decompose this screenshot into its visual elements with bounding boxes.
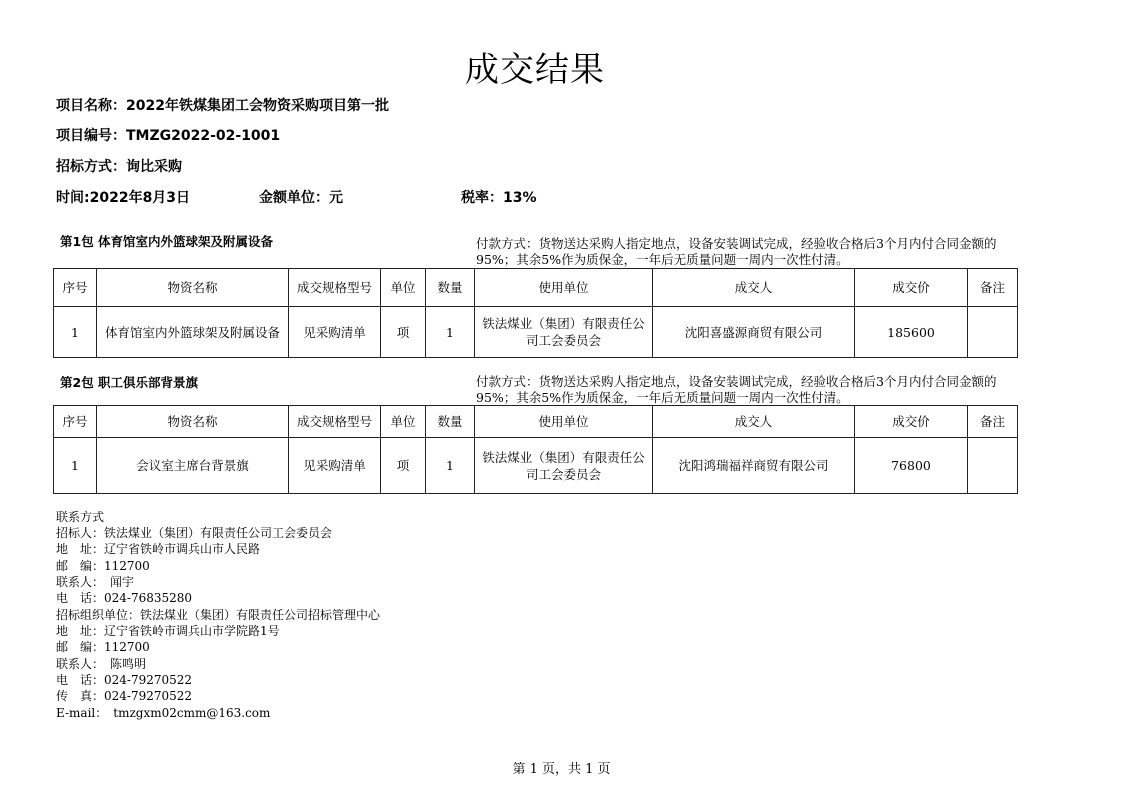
header-spec: 成交规格型号 <box>289 406 381 438</box>
table-header-row: 序号 物资名称 成交规格型号 单位 数量 使用单位 成交人 成交价 备注 <box>54 406 1018 438</box>
header-price: 成交价 <box>855 406 968 438</box>
header-name: 物资名称 <box>97 406 289 438</box>
table-row: 1 会议室主席台背景旗 见采购清单 项 1 铁法煤业（集团）有限责任公司工会委员… <box>54 438 1018 494</box>
contact-line: 电 话：024-76835280 <box>56 590 192 606</box>
contact-line: 邮 编：112700 <box>56 639 150 655</box>
header-unit: 单位 <box>381 406 426 438</box>
contact-email: E-mail： tmzgxm02cmm@163.com <box>56 705 270 721</box>
cell-user: 铁法煤业（集团）有限责任公司工会委员会 <box>475 438 653 494</box>
package-2-title: 第2包 职工俱乐部背景旗 <box>60 374 198 392</box>
contact-line: 招标组织单位：铁法煤业（集团）有限责任公司招标管理中心 <box>56 607 380 623</box>
page-title: 成交结果 <box>0 48 1070 92</box>
contact-heading: 联系方式 <box>56 509 104 525</box>
contact-line: 地 址：辽宁省铁岭市调兵山市人民路 <box>56 541 260 557</box>
project-number: 项目编号：TMZG2022-02-1001 <box>56 126 280 146</box>
cell-unit: 项 <box>381 307 426 358</box>
cell-winner: 沈阳鸿瑞福祥商贸有限公司 <box>653 438 855 494</box>
header-price: 成交价 <box>855 269 968 307</box>
package-1-payment-terms: 付款方式：货物送达采购人指定地点，设备安装调试完成，经验收合格后3个月内付合同金… <box>476 236 1021 268</box>
contact-line: 联系人： 陈鸣明 <box>56 656 146 672</box>
project-name: 项目名称：2022年铁煤集团工会物资采购项目第一批 <box>56 96 389 116</box>
package-1-title: 第1包 体育馆室内外篮球架及附属设备 <box>60 233 273 251</box>
cell-spec: 见采购清单 <box>289 438 381 494</box>
header-winner: 成交人 <box>653 406 855 438</box>
cell-spec: 见采购清单 <box>289 307 381 358</box>
cell-price: 76800 <box>855 438 968 494</box>
tax-rate: 税率：13% <box>461 188 537 208</box>
date: 时间:2022年8月3日 <box>56 188 190 208</box>
cell-unit: 项 <box>381 438 426 494</box>
header-qty: 数量 <box>426 406 475 438</box>
cell-qty: 1 <box>426 307 475 358</box>
header-spec: 成交规格型号 <box>289 269 381 307</box>
header-unit: 单位 <box>381 269 426 307</box>
header-remark: 备注 <box>968 269 1018 307</box>
header-user: 使用单位 <box>475 269 653 307</box>
table-row: 1 体育馆室内外篮球架及附属设备 见采购清单 项 1 铁法煤业（集团）有限责任公… <box>54 307 1018 358</box>
cell-price: 185600 <box>855 307 968 358</box>
cell-no: 1 <box>54 438 97 494</box>
header-remark: 备注 <box>968 406 1018 438</box>
header-no: 序号 <box>54 269 97 307</box>
cell-qty: 1 <box>426 438 475 494</box>
contact-line: 传 真：024-79270522 <box>56 688 192 704</box>
contact-line: 电 话：024-79270522 <box>56 672 192 688</box>
header-no: 序号 <box>54 406 97 438</box>
cell-no: 1 <box>54 307 97 358</box>
contact-line: 招标人：铁法煤业（集团）有限责任公司工会委员会 <box>56 525 332 541</box>
cell-remark <box>968 307 1018 358</box>
header-winner: 成交人 <box>653 269 855 307</box>
header-qty: 数量 <box>426 269 475 307</box>
cell-name: 会议室主席台背景旗 <box>97 438 289 494</box>
package-1-table: 序号 物资名称 成交规格型号 单位 数量 使用单位 成交人 成交价 备注 1 体… <box>53 268 1018 358</box>
header-user: 使用单位 <box>475 406 653 438</box>
table-header-row: 序号 物资名称 成交规格型号 单位 数量 使用单位 成交人 成交价 备注 <box>54 269 1018 307</box>
contact-line: 地 址：辽宁省铁岭市调兵山市学院路1号 <box>56 623 280 639</box>
header-name: 物资名称 <box>97 269 289 307</box>
cell-winner: 沈阳喜盛源商贸有限公司 <box>653 307 855 358</box>
currency-unit: 金额单位：元 <box>259 188 343 208</box>
page-number: 第 1 页，共 1 页 <box>0 758 1123 777</box>
package-2-payment-terms: 付款方式：货物送达采购人指定地点，设备安装调试完成，经验收合格后3个月内付合同金… <box>476 374 1021 406</box>
package-2-table: 序号 物资名称 成交规格型号 单位 数量 使用单位 成交人 成交价 备注 1 会… <box>53 405 1018 494</box>
cell-user: 铁法煤业（集团）有限责任公司工会委员会 <box>475 307 653 358</box>
contact-line: 联系人： 闻宇 <box>56 574 134 590</box>
bidding-method: 招标方式：询比采购 <box>56 157 182 177</box>
cell-name: 体育馆室内外篮球架及附属设备 <box>97 307 289 358</box>
contact-line: 邮 编：112700 <box>56 558 150 574</box>
cell-remark <box>968 438 1018 494</box>
